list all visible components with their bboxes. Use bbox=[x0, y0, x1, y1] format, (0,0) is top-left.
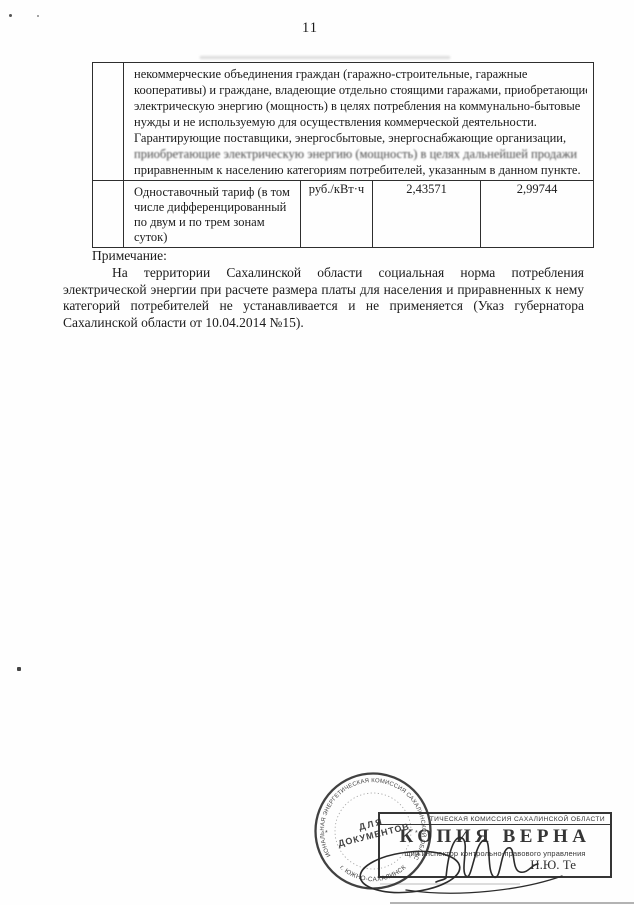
tariff-value-2-cell: 2,99744 bbox=[481, 181, 594, 248]
scan-artifact bbox=[9, 14, 12, 17]
page-number: 11 bbox=[0, 20, 620, 37]
scan-artifact bbox=[37, 15, 39, 17]
document-page: 11 некоммерческие объединения граждан (г… bbox=[0, 0, 634, 905]
category-text-line: приобретающие электрическую энергию (мощ… bbox=[134, 146, 587, 162]
tariff-name-cell: Одноставочный тариф (в том числе диффере… bbox=[124, 181, 301, 248]
tariff-unit-cell: руб./кВт·ч bbox=[301, 181, 373, 248]
table-row-tariff: Одноставочный тариф (в том числе диффере… bbox=[93, 181, 594, 248]
scan-artifact bbox=[17, 667, 21, 671]
signature-underline bbox=[406, 876, 562, 893]
note-block: Примечание: На территории Сахалинской об… bbox=[63, 248, 584, 332]
row-index-cell bbox=[93, 63, 124, 181]
note-text: На территории Сахалинской области социал… bbox=[63, 265, 584, 332]
row-index-cell bbox=[93, 181, 124, 248]
tariff-table: некоммерческие объединения граждан (гара… bbox=[92, 62, 594, 248]
scan-artifact bbox=[200, 56, 450, 59]
category-text-line: некоммерческие объединения граждан (гара… bbox=[134, 66, 587, 82]
consumer-category-cell: некоммерческие объединения граждан (гара… bbox=[124, 63, 594, 181]
category-text-line: кооперативы) и граждане, владеющие отдел… bbox=[134, 82, 587, 98]
category-text-line: приравненным к населению категориям потр… bbox=[134, 162, 587, 178]
category-text-line: нужды и не используемую для осуществлени… bbox=[134, 114, 587, 130]
scan-artifact bbox=[390, 902, 634, 904]
category-text-line: электрическую энергию (мощность) в целях… bbox=[134, 98, 587, 114]
table-row-consumer-category: некоммерческие объединения граждан (гара… bbox=[93, 63, 594, 181]
category-text-line: Гарантирующие поставщики, энергосбытовые… bbox=[134, 130, 587, 146]
note-label: Примечание: bbox=[92, 248, 584, 265]
stamp-separator-star: * bbox=[325, 830, 328, 837]
tariff-value-1-cell: 2,43571 bbox=[373, 181, 481, 248]
signature-loops bbox=[436, 837, 538, 882]
signature bbox=[348, 820, 588, 900]
